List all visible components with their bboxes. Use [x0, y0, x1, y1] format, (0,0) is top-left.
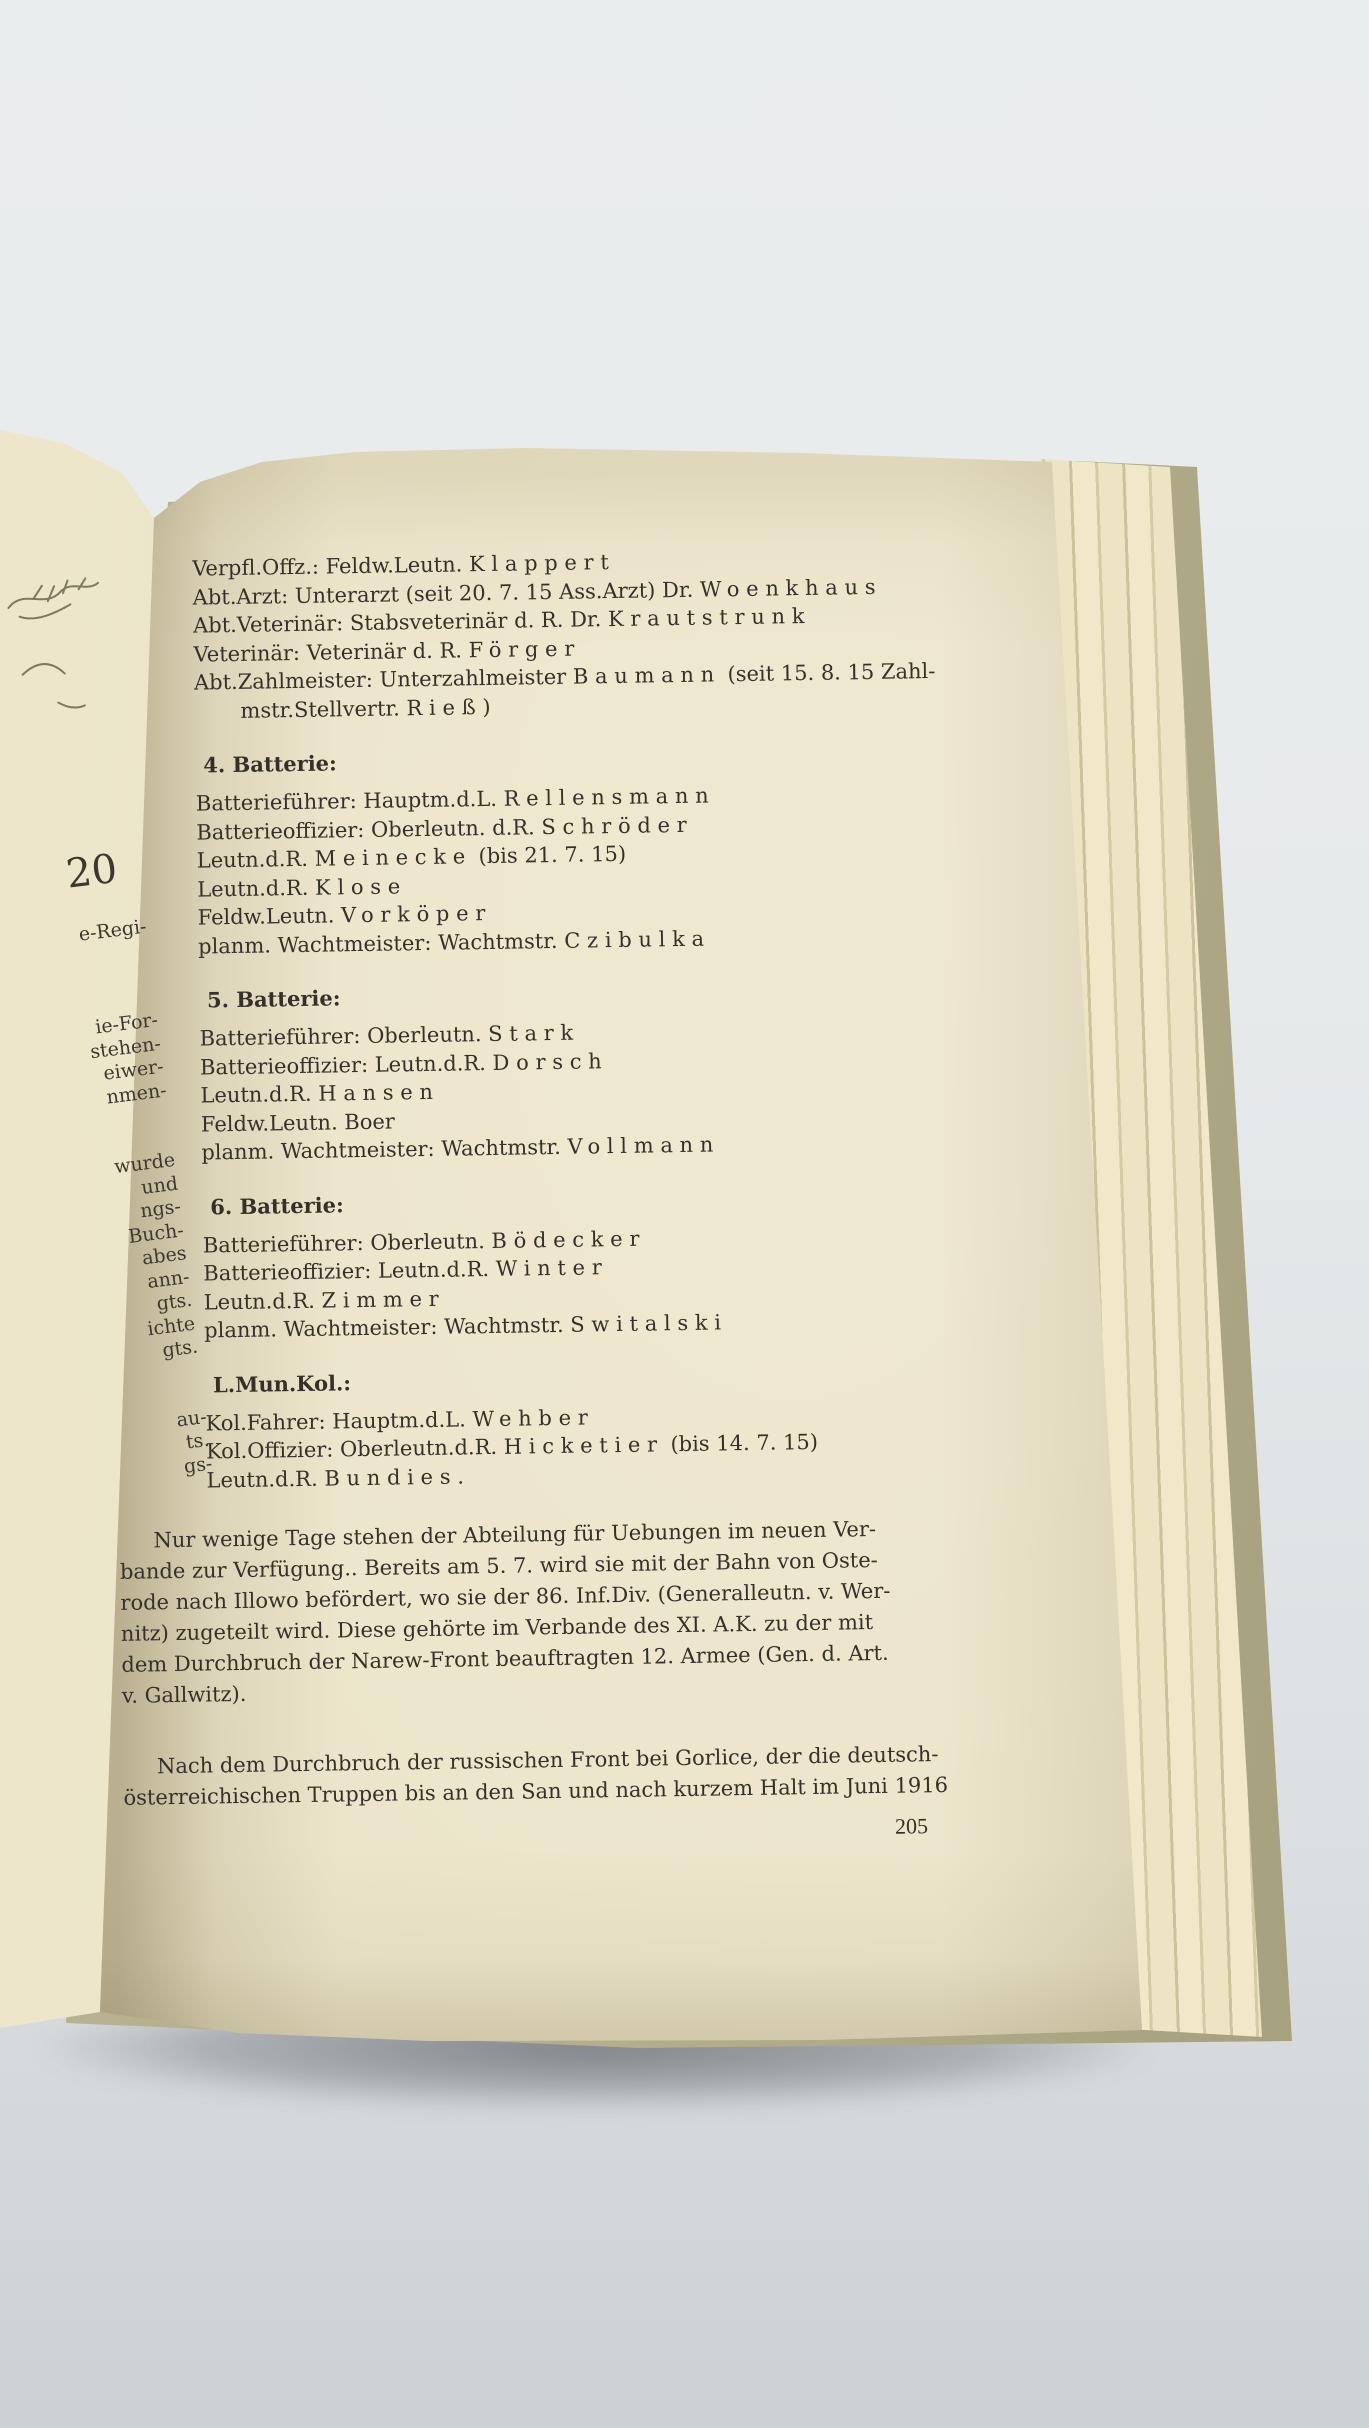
roster-text: Batterieführer: Hauptm.d.L.: [196, 787, 504, 816]
section-header: 6. Batterie:: [210, 1182, 920, 1221]
person-name: Woenkhaus: [700, 574, 883, 601]
roster-text: (bis 21. 7. 15): [472, 842, 627, 868]
roster-text: Leutn.d.R.: [206, 1466, 324, 1492]
person-name: Förger: [468, 636, 581, 662]
sketch-illustration-icon: [1, 566, 119, 727]
roster-text: Kol.Offizier: Oberleutn.d.R.: [206, 1435, 504, 1464]
roster-text: planm. Wachtmeister: Wachtmstr.: [198, 928, 565, 958]
person-name: Czibulka: [564, 926, 711, 952]
roster-text: ): [482, 694, 491, 718]
roster-text: Verpfl.Offz.: Feldw.Leutn.: [192, 552, 469, 580]
body-paragraphs: Nur wenige Tage stehen der Abteilung für…: [119, 1513, 929, 1814]
person-name: Dorsch: [492, 1049, 608, 1075]
person-name: Baumann: [573, 662, 721, 688]
roster-section: Batterieführer: Hauptm.d.L. RellensmannB…: [196, 778, 917, 960]
roster-text: Batterieführer: Oberleutn.: [199, 1022, 488, 1051]
roster-text: Batterieoffizier: Oberleutn. d.R.: [196, 815, 541, 844]
roster-text: Veterinär: Veterinär d. R.: [193, 638, 468, 666]
roster-section: Batterieführer: Oberleutn. BödeckerBatte…: [203, 1220, 923, 1345]
staff-roster: Verpfl.Offz.: Feldw.Leutn. KlappertAbt.A…: [192, 543, 913, 725]
roster-text: mstr.Stellvertr.: [240, 696, 406, 723]
roster-text: Leutn.d.R.: [204, 1288, 322, 1314]
roster-text: Leutn.d.R.: [197, 847, 315, 873]
roster-text: (seit 15. 8. 15 Zahl-: [721, 659, 936, 686]
roster-text: Batterieführer: Oberleutn.: [203, 1229, 492, 1258]
roster-text: Feldw.Leutn. Boer: [201, 1109, 395, 1136]
paragraph: Nach dem Durchbruch der russischen Front…: [123, 1739, 930, 1814]
roster-text: Leutn.d.R.: [200, 1082, 318, 1108]
person-name: Hansen: [318, 1080, 440, 1106]
roster-text: planm. Wachtmeister: Wachtmstr.: [201, 1135, 568, 1165]
roster-sections: 4. Batterie:Batterieführer: Hauptm.d.L. …: [107, 740, 925, 1496]
book-photo: 20 e-Regi- ie-For-stehen-eiwer-nmen- wur…: [0, 0, 1369, 2428]
page-text: Verpfl.Offz.: Feldw.Leutn. KlappertAbt.A…: [104, 543, 930, 1852]
person-name: Vollmann: [567, 1132, 720, 1158]
person-name: Klappert: [469, 550, 616, 576]
person-name: Switalski: [570, 1310, 728, 1336]
person-name: Stark: [488, 1021, 580, 1046]
person-name: Winter: [496, 1255, 609, 1281]
roster-text: Kol.Fahrer: Hauptm.d.L.: [205, 1407, 472, 1435]
roster-text: Batterieoffizier: Leutn.d.R.: [200, 1050, 493, 1079]
person-name: Vorköper: [341, 901, 492, 927]
paragraph: Nur wenige Tage stehen der Abteilung für…: [119, 1513, 928, 1712]
person-name: Rieß: [406, 695, 482, 720]
roster-section: Kol.Fahrer: Hauptm.d.L. WehberKol.Offizi…: [205, 1398, 924, 1495]
person-name: Klose: [315, 874, 407, 899]
person-name: Bödecker: [491, 1226, 646, 1252]
person-name: Zimmer: [321, 1286, 445, 1312]
person-name: Bundies.: [324, 1464, 471, 1490]
roster-text: (bis 14. 7. 15): [664, 1430, 819, 1456]
person-name: Wehber: [472, 1405, 594, 1431]
roster-text: Batterieoffizier: Leutn.d.R.: [203, 1257, 496, 1286]
person-name: Krautstrunk: [608, 604, 812, 631]
section-header: L.Mun.Kol.:: [213, 1360, 923, 1399]
roster-text: Feldw.Leutn.: [198, 903, 342, 929]
person-name: Rellensmann: [503, 783, 715, 810]
person-name: Meinecke: [314, 844, 472, 870]
roster-section: Batterieführer: Oberleutn. StarkBatterie…: [199, 1013, 919, 1167]
roster-text: Leutn.d.R.: [197, 875, 315, 901]
roster-text: Abt.Veterinär: Stabsveterinär d. R. Dr.: [193, 607, 608, 638]
roster-text: Abt.Zahlmeister: Unterzahlmeister: [194, 665, 573, 695]
section-header: 5. Batterie:: [207, 975, 917, 1014]
section-header: 4. Batterie:: [203, 740, 913, 779]
roster-text: planm. Wachtmeister: Wachtmstr.: [204, 1313, 571, 1343]
person-name: Schröder: [541, 812, 693, 838]
person-name: Hicketier: [504, 1432, 664, 1459]
